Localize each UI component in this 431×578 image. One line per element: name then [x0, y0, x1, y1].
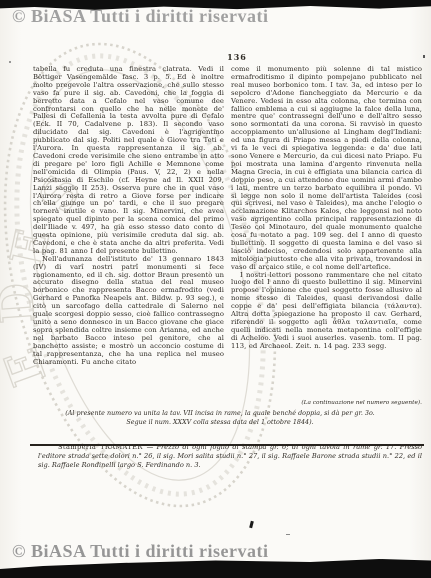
- scanned-page: { "scan": { "top_watermark": "© BiASA Tu…: [0, 0, 431, 578]
- plate-note-line-1: (Al presente numero va unita la tav. VII…: [35, 409, 405, 418]
- right-column-paragraph-1: come il monumento più solenne di tal mis…: [231, 66, 422, 272]
- plate-note-line-2: Segue il num. XXXV colla stessa data del…: [35, 418, 405, 427]
- imprint: Stamperia TRAMATER — Prezzo di ogni fogl…: [38, 443, 422, 469]
- watermark-bottom: © BiASA Tutti i diritti riservati: [12, 541, 268, 562]
- left-column-paragraph-2: Nell'adunanza dell'istituto de' 13 genna…: [33, 256, 224, 367]
- scan-speck: [9, 61, 11, 63]
- watermark-top: © BiASA Tutti i diritti riservati: [12, 6, 268, 27]
- right-column-paragraph-2: I nostri lettori possono rammentare che …: [231, 272, 422, 351]
- continuation-note: (La continuazione nel numero seguente).: [232, 400, 422, 406]
- left-column-paragraph-1: tabella fu creduta una finestra clatrata…: [33, 66, 224, 256]
- printer-name: Stamperia TRAMATER: [58, 443, 147, 451]
- plate-note: (Al presente numero va unita la tav. VII…: [35, 409, 405, 426]
- scan-speck: [286, 534, 290, 535]
- scan-speck: [423, 55, 425, 58]
- right-column: come il monumento più solenne di tal mis…: [231, 66, 422, 366]
- page-number: 136: [222, 52, 252, 62]
- scan-speck: [249, 521, 254, 529]
- left-column: tabella fu creduta una finestra clatrata…: [33, 66, 224, 366]
- text-columns: tabella fu creduta una finestra clatrata…: [33, 66, 422, 366]
